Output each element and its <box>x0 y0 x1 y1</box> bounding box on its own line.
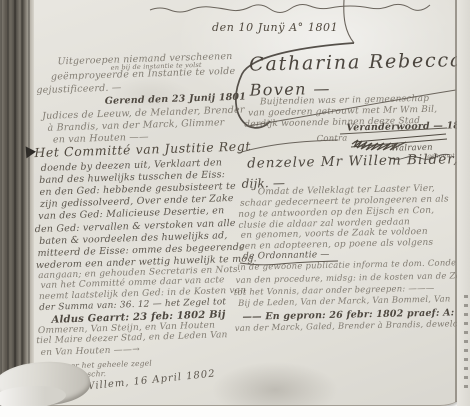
book-binding <box>0 0 34 417</box>
manuscript-photo: den 10 Junÿ A° 1801 Uitgeroepen niemand … <box>0 0 470 417</box>
edge-specks <box>464 295 468 390</box>
page-edge-line <box>455 0 457 402</box>
defendant-name: denzelve Mr Willem Bilder, <box>247 153 459 171</box>
plaintiff-name: Catharina Rebecca Woest, <box>249 49 470 74</box>
manuscript-line-right-13: gen en adopteeren, op poene als volgens <box>239 239 434 252</box>
background-below-page <box>0 406 470 417</box>
annotation-veranderwoord: Veranderwoord — 1803 <box>346 121 470 133</box>
manuscript-line-right-18: Bij de Leden, Van der Marck, Van Bommel,… <box>238 295 451 308</box>
ordonnantie-line: de Ordonnantie — <box>243 251 330 262</box>
manuscript-line-right-16: van den procedure, midsg: in de kosten v… <box>236 272 470 286</box>
book-page: den 10 Junÿ A° 1801 Uitgeroepen niemand … <box>0 0 462 406</box>
right-column: Catharina Rebecca Woest, Boven — Buijten… <box>0 0 466 410</box>
binding-notch <box>26 146 37 159</box>
annotation-contra: Contra <box>317 135 348 144</box>
